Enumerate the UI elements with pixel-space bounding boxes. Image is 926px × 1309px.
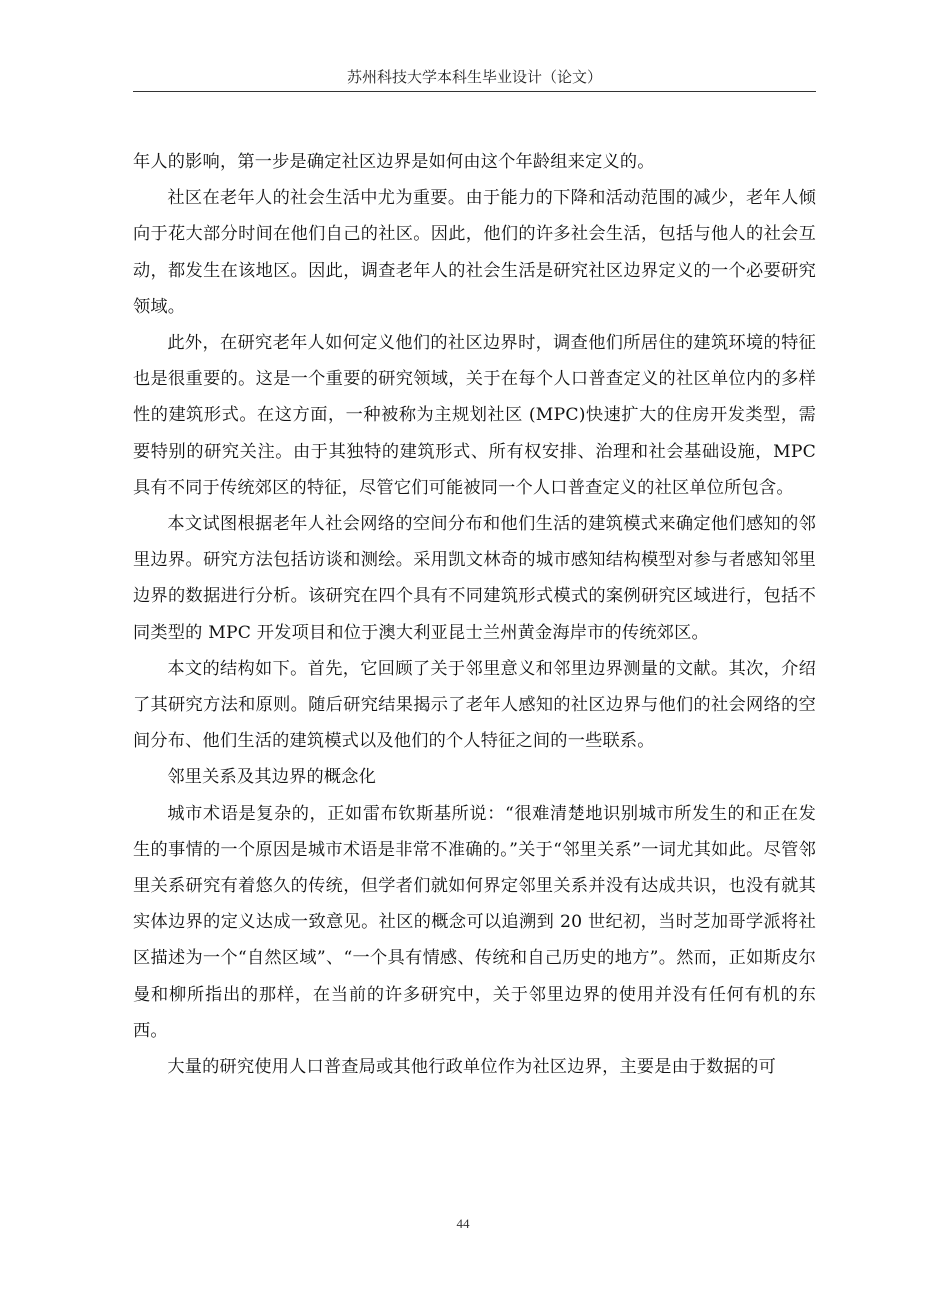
paragraph: 此外，在研究老年人如何定义他们的社区边界时，调查他们所居住的建筑环境的特征也是很… — [133, 325, 816, 506]
paragraph: 本文的结构如下。首先，它回顾了关于邻里意义和邻里边界测量的文献。其次，介绍了其研… — [133, 651, 816, 760]
document-body: 年人的影响，第一步是确定社区边界是如何由这个年龄组来定义的。 社区在老年人的社会… — [133, 144, 816, 1085]
paragraph: 本文试图根据老年人社会网络的空间分布和他们生活的建筑模式来确定他们感知的邻里边界… — [133, 506, 816, 651]
running-header: 苏州科技大学本科生毕业设计（论文） — [133, 66, 816, 90]
paragraph: 大量的研究使用人口普查局或其他行政单位作为社区边界，主要是由于数据的可 — [133, 1049, 816, 1085]
paragraph: 社区在老年人的社会生活中尤为重要。由于能力的下降和活动范围的减少，老年人倾向于花… — [133, 180, 816, 325]
page-number: 44 — [0, 1216, 926, 1232]
header-divider — [133, 91, 816, 92]
section-heading: 邻里关系及其边界的概念化 — [133, 759, 816, 795]
paragraph-continuation: 年人的影响，第一步是确定社区边界是如何由这个年龄组来定义的。 — [133, 144, 816, 180]
paragraph: 城市术语是复杂的，正如雷布钦斯基所说：“很难清楚地识别城市所发生的和正在发生的事… — [133, 796, 816, 1049]
